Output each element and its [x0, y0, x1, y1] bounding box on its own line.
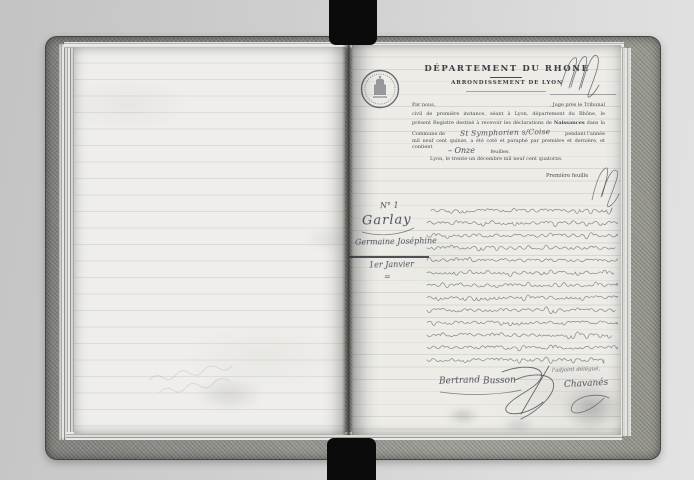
attestation-line-3: présent Registre destiné à recevoir les … — [412, 120, 605, 126]
act-surname: Garlay — [362, 212, 412, 228]
act-given-names: Germaine Joséphine — [355, 236, 437, 247]
printed-text: présent Registre destiné à recevoir les … — [412, 120, 554, 126]
act-date: 1er Janvier — [369, 260, 414, 270]
handwritten-sheet-count: – Onze — [448, 146, 475, 155]
subtitle-rule — [466, 91, 546, 92]
ink-smudge — [500, 417, 536, 433]
printed-text: Commune de — [412, 131, 445, 137]
signature-busson: Busson — [483, 375, 516, 386]
attestation-line-1: Par nous, , Juge près le Tribunal — [412, 102, 605, 108]
act-number: N° 1 — [380, 201, 399, 210]
printed-text: dans la — [585, 120, 605, 126]
printed-text-bold: Naissances — [554, 120, 585, 126]
attestation-dateline: Lyon, le trente-un décembre mil neuf cen… — [430, 156, 563, 162]
attestation-line-2: civil de première instance, séant à Lyon… — [412, 111, 605, 117]
scanned-register-photo: DÉPARTEMENT DU RHONE ARRONDISSEMENT DE L… — [0, 0, 694, 480]
printed-text: Par nous, — [412, 102, 435, 108]
register-title-page: DÉPARTEMENT DU RHONE ARRONDISSEMENT DE L… — [352, 45, 621, 435]
folio-label: Première feuille — [546, 173, 588, 179]
ink-smudge — [194, 377, 264, 411]
ink-smudge — [562, 383, 622, 433]
arrondissement-subtitle: ARRONDISSEMENT DE LYON — [392, 80, 622, 86]
handwritten-commune-name: St Symphorien s/Coise — [460, 127, 550, 138]
department-title: DÉPARTEMENT DU RHONE — [392, 64, 622, 74]
title-rule — [490, 77, 522, 78]
blank-rule — [550, 94, 616, 95]
margin-rule — [349, 256, 429, 258]
page-edges-left — [59, 44, 75, 440]
margin-separator: = — [384, 272, 391, 281]
scanner-strap-bottom — [327, 438, 376, 480]
signature-annotation: l'adjoint délégué, — [552, 366, 600, 374]
attestation-line-6: – Onze feuilles. — [448, 146, 641, 155]
printed-text: , Juge près le Tribunal — [550, 102, 605, 108]
ink-smudge — [446, 407, 480, 425]
attestation-line-4: Commune de St Symphorien s/Coise pendant… — [412, 128, 605, 137]
signature-bertrand: Bertrand — [439, 375, 480, 386]
printed-text: pendant l'année — [565, 131, 605, 137]
book-gutter-shadow — [342, 45, 354, 435]
scanner-strap-top — [329, 0, 377, 45]
left-blank-page — [74, 47, 345, 434]
page-edges-right — [620, 48, 631, 436]
printed-text: feuilles. — [490, 149, 510, 155]
